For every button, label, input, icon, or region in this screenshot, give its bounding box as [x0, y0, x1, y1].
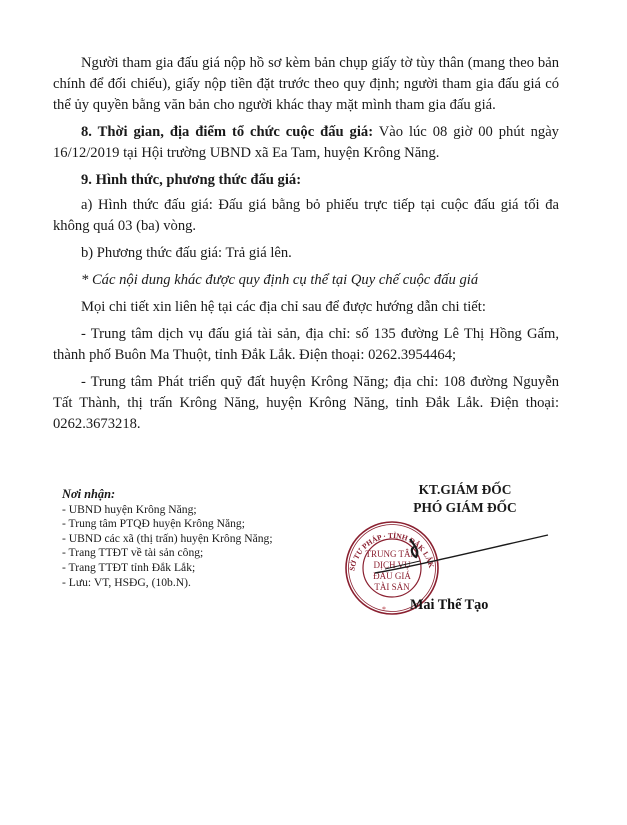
recipient-item: - Trang TTĐT tỉnh Đắk Lắk;: [62, 561, 273, 576]
section-8-heading: 8. Thời gian, địa điểm tổ chức cuộc đấu …: [81, 124, 373, 140]
svg-text:*: *: [382, 605, 386, 614]
recipient-item: - Trung tâm PTQĐ huyện Krông Năng;: [62, 517, 273, 532]
signature-line-1: KT.GIÁM ĐỐC: [380, 481, 550, 499]
document-page: Người tham gia đấu giá nộp hồ sơ kèm bản…: [0, 0, 627, 825]
paragraph-contact-intro: Mọi chi tiết xin liên hệ tại các địa chỉ…: [53, 297, 559, 318]
signature-title-block: KT.GIÁM ĐỐC PHÓ GIÁM ĐỐC: [380, 481, 550, 517]
recipient-item: - UBND huyện Krông Năng;: [62, 503, 273, 518]
recipients-block: Nơi nhận: - UBND huyện Krông Năng; - Tru…: [62, 487, 273, 590]
paragraph-auction-method: b) Phương thức đấu giá: Trả giá lên.: [53, 243, 559, 264]
section-9-heading: 9. Hình thức, phương thức đấu giá:: [81, 172, 301, 188]
signature-line-2: PHÓ GIÁM ĐỐC: [380, 499, 550, 517]
section-9-heading-para: 9. Hình thức, phương thức đấu giá:: [53, 170, 559, 191]
recipient-item: - UBND các xã (thị trấn) huyện Krông Năn…: [62, 532, 273, 547]
paragraph-contact-auction-center: - Trung tâm dịch vụ đấu giá tài sản, địa…: [53, 324, 559, 366]
signer-name: Mai Thế Tạo: [410, 597, 488, 614]
recipient-item: - Lưu: VT, HSĐG, (10b.N).: [62, 576, 273, 591]
section-8-time-location: 8. Thời gian, địa điểm tổ chức cuộc đấu …: [53, 122, 559, 164]
recipients-title: Nơi nhận:: [62, 487, 273, 502]
signature-stroke-icon: [370, 525, 550, 585]
paragraph-documents: Người tham gia đấu giá nộp hồ sơ kèm bản…: [53, 53, 559, 116]
paragraph-auction-form: a) Hình thức đấu giá: Đấu giá bằng bỏ ph…: [53, 195, 559, 237]
recipient-item: - Trang TTĐT về tài sản công;: [62, 546, 273, 561]
paragraph-contact-land-fund-center: - Trung tâm Phát triển quỹ đất huyện Krô…: [53, 372, 559, 435]
document-body: Người tham gia đấu giá nộp hồ sơ kèm bản…: [53, 53, 559, 441]
paragraph-note: * Các nội dung khác được quy định cụ thể…: [53, 270, 559, 291]
